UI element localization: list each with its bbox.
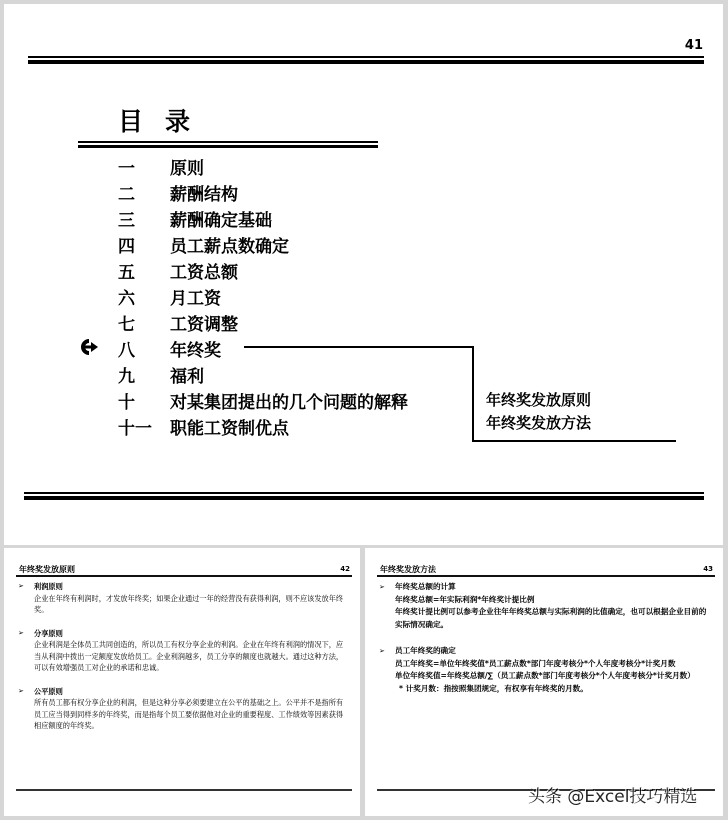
toc-item[interactable]: 四员工薪点数确定 [118, 232, 478, 258]
slide-title: 年终奖发放方法 [380, 564, 436, 575]
connector-line [472, 346, 474, 442]
slide-body: ➢利润原则 企业在年终有利润时，才发放年终奖；如果企业通过一年的经营没有获得利润… [18, 581, 350, 744]
section: ➢员工年终奖的确定 员工年终奖=单位年终奖值*员工薪点数*部门年度考核分*个人年… [379, 645, 713, 695]
toc-item[interactable]: 一原则 [118, 154, 478, 180]
toc-number: 九 [118, 362, 135, 387]
section-line: 单位年终奖值=年终奖总额/∑（员工薪点数*部门年度考核分*个人年度考核分*计奖月… [379, 670, 713, 683]
page-number: 42 [340, 565, 350, 573]
section-text: 企业利润是全体员工共同创造的，所以员工有权分享企业的利润。企业在年终有利润的情况… [18, 639, 350, 674]
footer-rule [16, 789, 352, 791]
toc-item[interactable]: 十对某集团提出的几个问题的解释 [118, 388, 478, 414]
toc-number: 六 [118, 284, 135, 309]
section-heading: 利润原则 [34, 582, 63, 591]
toc-item[interactable]: 三薪酬确定基础 [118, 206, 478, 232]
bullet-arrow-icon: ➢ [18, 628, 24, 640]
section-line: 员工年终奖=单位年终奖值*员工薪点数*部门年度考核分*个人年度考核分*计奖月数 [379, 658, 713, 671]
page-number: 41 [685, 38, 703, 53]
toc-label: 薪酬结构 [170, 180, 238, 205]
section-text: 企业在年终有利润时，才发放年终奖；如果企业通过一年的经营没有获得利润，则不应该发… [18, 593, 350, 616]
toc-label: 工资调整 [170, 310, 238, 335]
page-number: 43 [703, 565, 713, 573]
section: ➢公平原则 所有员工都有权分享企业的利润，但是这种分享必须要建立在公平的基础之上… [18, 686, 350, 732]
toc-label: 原则 [170, 154, 204, 179]
sub-item-list: 年终奖发放原则 年终奖发放方法 [486, 389, 591, 435]
toc-label: 对某集团提出的几个问题的解释 [170, 388, 408, 413]
section-heading: 年终奖总额的计算 [395, 582, 456, 591]
toc-item[interactable]: 二薪酬结构 [118, 180, 478, 206]
toc-label: 员工薪点数确定 [170, 232, 289, 257]
section-heading: 分享原则 [34, 629, 63, 638]
slide-toc[interactable]: 41 目录 一原则 二薪酬结构 三薪酬确定基础 四员工薪点数确定 五工资总额 六… [4, 4, 723, 545]
toc-number: 三 [118, 206, 135, 231]
section: ➢年终奖总额的计算 年终奖总额=年实际利润*年终奖计提比例 年终奖计提比例可以参… [379, 581, 713, 631]
slide-principles[interactable]: 年终奖发放原则 42 ➢利润原则 企业在年终有利润时，才发放年终奖；如果企业通过… [4, 548, 360, 816]
slide-body: ➢年终奖总额的计算 年终奖总额=年实际利润*年终奖计提比例 年终奖计提比例可以参… [379, 581, 713, 707]
toc-label: 工资总额 [170, 258, 238, 283]
section: ➢利润原则 企业在年终有利润时，才发放年终奖；如果企业通过一年的经营没有获得利润… [18, 581, 350, 616]
bullet-arrow-icon: ➢ [379, 645, 385, 658]
toc-number: 四 [118, 232, 135, 257]
toc-item[interactable]: 十一职能工资制优点 [118, 414, 478, 440]
bullet-arrow-icon: ➢ [18, 581, 24, 593]
header-double-rule [28, 56, 704, 64]
toc-number: 一 [118, 154, 135, 179]
toc-item[interactable]: 九福利 [118, 362, 478, 388]
toc-title: 目录 [118, 102, 212, 138]
watermark: 头条 @Excel技巧精选 [528, 782, 697, 807]
section-text: 所有员工都有权分享企业的利润，但是这种分享必须要建立在公平的基础之上。公平并不是… [18, 697, 350, 732]
toc-item-current[interactable]: 八年终奖 [118, 336, 478, 362]
connector-line [244, 346, 474, 348]
slide-title: 年终奖发放原则 [19, 564, 75, 575]
title-rule [16, 575, 352, 577]
toc-label: 职能工资制优点 [170, 414, 289, 439]
sub-item[interactable]: 年终奖发放原则 [486, 389, 591, 412]
toc-label: 薪酬确定基础 [170, 206, 272, 231]
section: ➢分享原则 企业利润是全体员工共同创造的，所以员工有权分享企业的利润。企业在年终… [18, 628, 350, 674]
connector-line [472, 440, 676, 442]
section-line: 年终奖总额=年实际利润*年终奖计提比例 [379, 594, 713, 607]
toc-item[interactable]: 五工资总额 [118, 258, 478, 284]
toc-number: 二 [118, 180, 135, 205]
toc-number: 五 [118, 258, 135, 283]
sub-item[interactable]: 年终奖发放方法 [486, 412, 591, 435]
toc-number: 八 [118, 336, 135, 361]
toc-label: 月工资 [170, 284, 221, 309]
bullet-arrow-icon: ➢ [18, 686, 24, 698]
bullet-arrow-icon: ➢ [379, 581, 385, 594]
title-double-rule [78, 141, 378, 148]
section-heading: 公平原则 [34, 687, 63, 696]
toc-number: 十 [118, 388, 135, 413]
section-heading: 员工年终奖的确定 [395, 646, 456, 655]
toc-label: 年终奖 [170, 336, 221, 361]
section-line: 年终奖计提比例可以参考企业往年年终奖总额与实际利润的比值确定，也可以根据企业目前… [379, 606, 713, 631]
toc-item[interactable]: 六月工资 [118, 284, 478, 310]
section-note: * 计奖月数：指按照集团规定，有权享有年终奖的月数。 [379, 683, 713, 696]
title-rule [377, 575, 715, 577]
footer-double-rule [24, 492, 704, 500]
slide-methods[interactable]: 年终奖发放方法 43 ➢年终奖总额的计算 年终奖总额=年实际利润*年终奖计提比例… [365, 548, 723, 816]
arrow-right-circle-icon [80, 338, 100, 356]
toc-number: 七 [118, 310, 135, 335]
toc-item[interactable]: 七工资调整 [118, 310, 478, 336]
toc-number: 十一 [118, 414, 152, 439]
toc-label: 福利 [170, 362, 204, 387]
